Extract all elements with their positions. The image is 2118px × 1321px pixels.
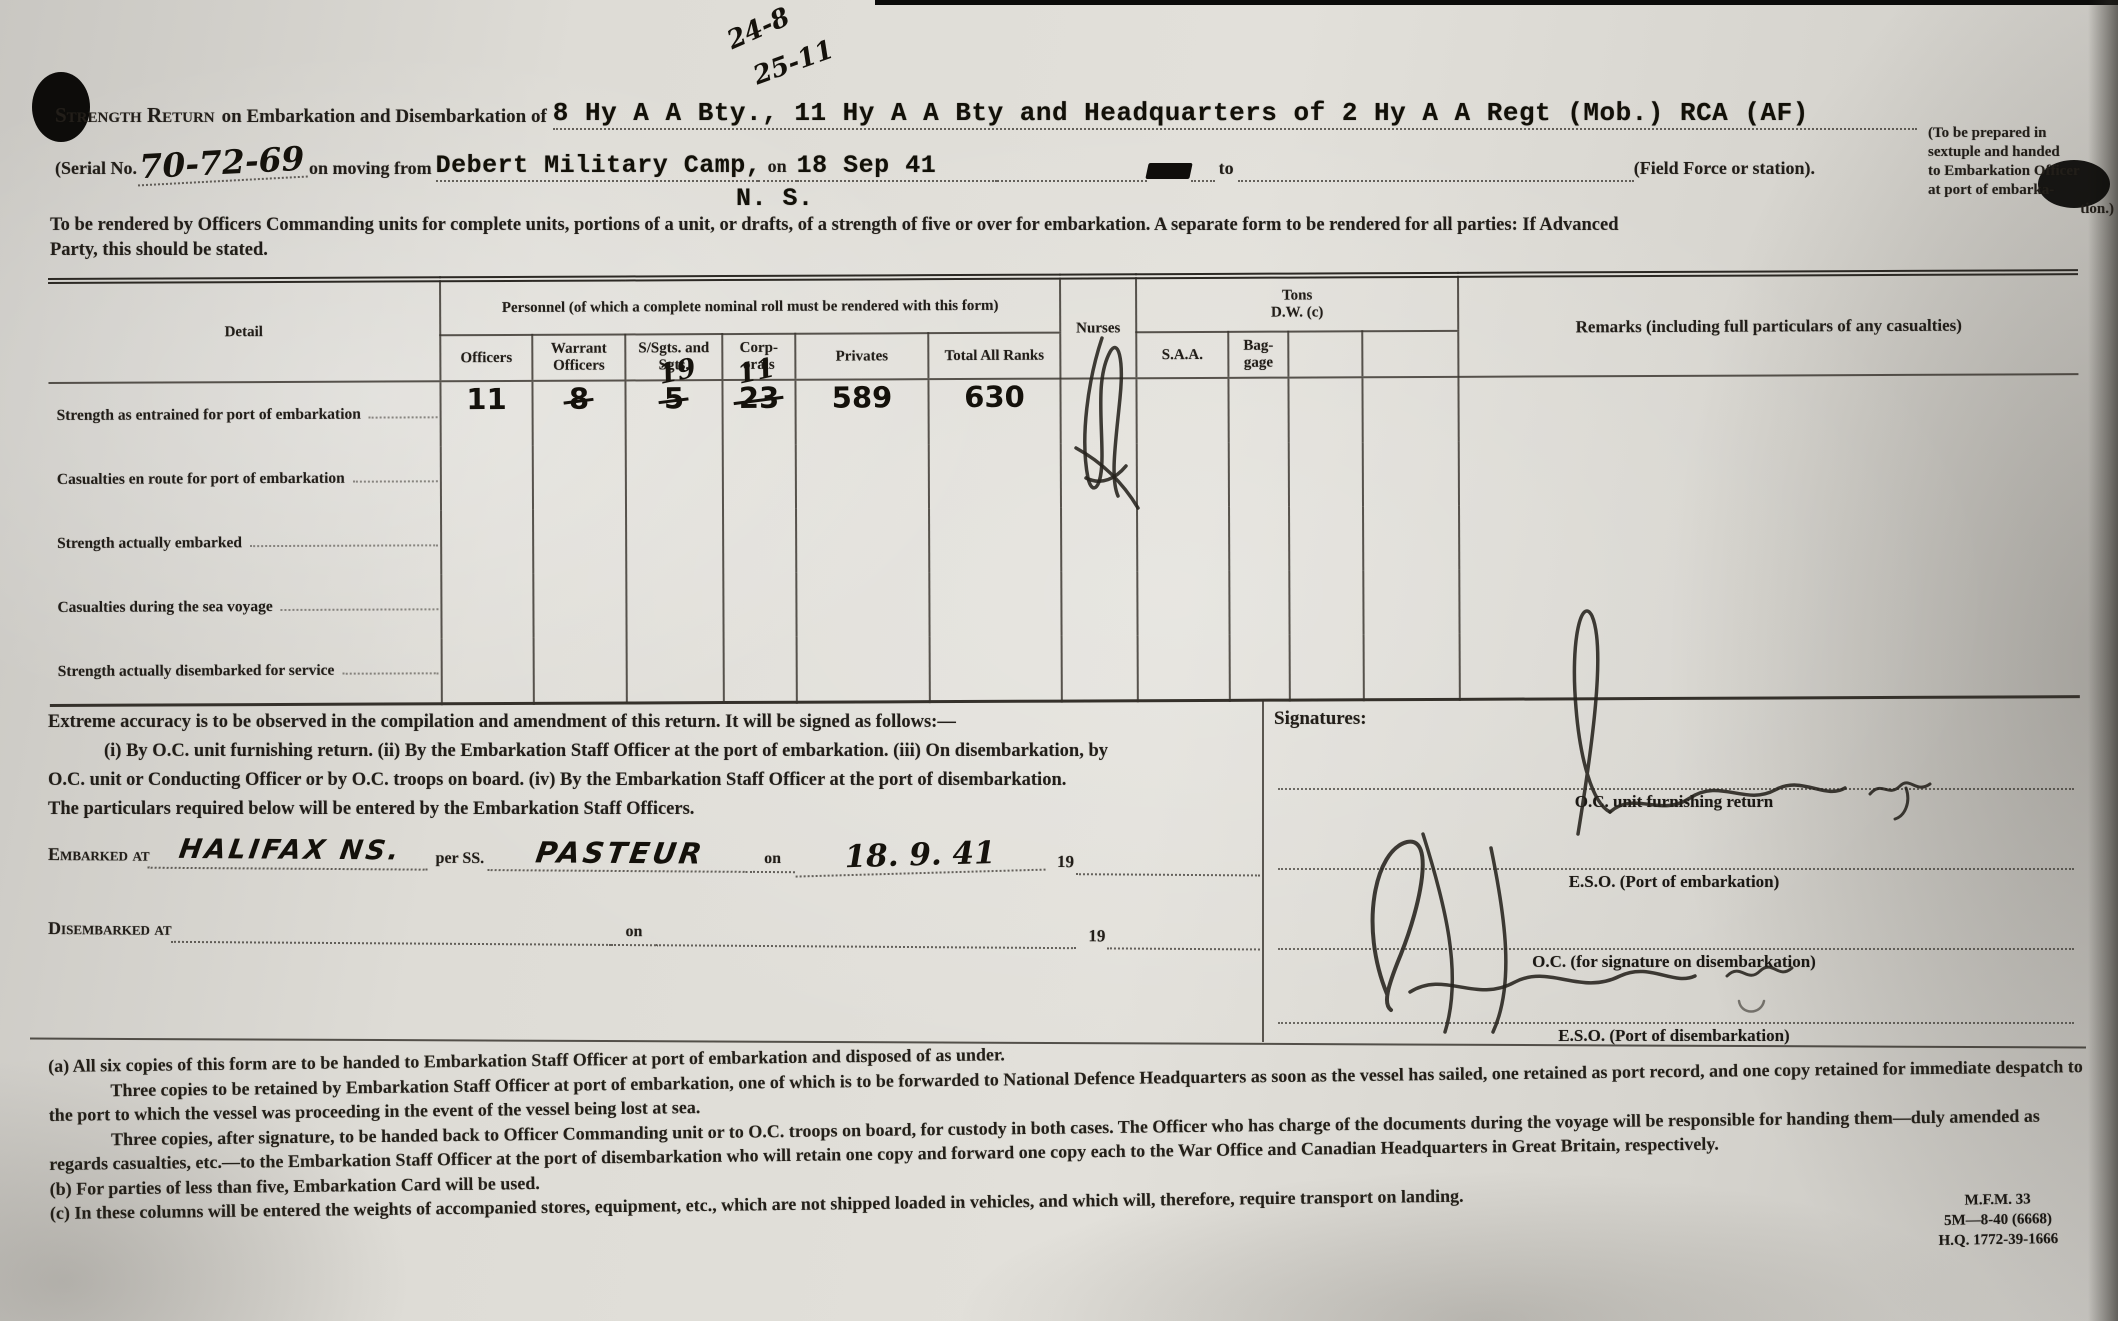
- corporals-cell: [723, 573, 796, 637]
- sgts-cell: [626, 573, 723, 637]
- privates-cell: [796, 508, 929, 573]
- sgts-cell: 5 19: [625, 380, 722, 445]
- sgts-cell: [626, 509, 723, 573]
- render-instructions: To be rendered by Officers Commanding un…: [50, 213, 1850, 263]
- total-cell: [929, 572, 1061, 637]
- col-officers: Officers: [440, 335, 532, 381]
- nurses-cell: [1061, 507, 1137, 571]
- saa-cell: [1137, 571, 1229, 635]
- year-prefix-embarked: 19: [1045, 852, 1076, 875]
- col-saa: S.A.A.: [1136, 332, 1228, 378]
- year-prefix-disembarked: 19: [1076, 926, 1107, 949]
- accuracy-line4: The particulars required below will be e…: [48, 795, 1258, 824]
- prepare-note-line: tion.): [1928, 200, 2114, 219]
- field-force-label: (Field Force or station).: [1634, 158, 1815, 182]
- privates-cell: [797, 636, 930, 702]
- baggage-cell: [1229, 571, 1289, 635]
- disembarked-line: Disembarked at on 19: [48, 918, 1260, 950]
- scanned-form-page: 24-8 25-11 Strength Return on Embarkatio…: [0, 0, 2118, 1321]
- prepare-note-line: at port of embarka-: [1928, 181, 2114, 200]
- embarked-at-label: Embarked at: [48, 844, 150, 869]
- baggage-cell: [1228, 378, 1288, 443]
- form-title-smallcaps: Strength Return: [55, 103, 215, 130]
- dotted-rule: [1238, 168, 1634, 182]
- col-tons-blank-2: [1362, 331, 1458, 377]
- baggage-cell: [1229, 507, 1289, 571]
- prepare-note: (To be prepared in sextuple and handed t…: [1928, 124, 2114, 219]
- officers-cell: [441, 446, 533, 510]
- row-label: Strength actually embarked: [57, 534, 242, 553]
- to-label: to: [1215, 158, 1238, 182]
- saa-cell: [1137, 443, 1229, 507]
- col-privates: Privates: [795, 333, 928, 380]
- on-label-embarked: on: [750, 850, 795, 873]
- tons-cell-3: [1289, 506, 1363, 570]
- row-label-cell: Casualties during the sea voyage: [49, 574, 441, 640]
- warrant-officers-cell: [534, 637, 627, 703]
- accuracy-line1: Extreme accuracy is to be observed in th…: [48, 708, 1258, 737]
- header-personnel: Personnel (of which a complete nominal r…: [440, 277, 1060, 336]
- officers-cell: [441, 510, 533, 574]
- move-date-value: 18 Sep 41: [797, 151, 997, 182]
- render-instructions-line1: To be rendered by Officers Commanding un…: [50, 213, 1850, 238]
- form-ref-hq: H.Q. 1772-39-1666: [1888, 1228, 2108, 1252]
- officers-value: 11: [466, 382, 507, 416]
- on-label: on: [758, 156, 797, 182]
- corporals-cell: [724, 637, 797, 703]
- tons-cell-3: [1288, 377, 1362, 442]
- row-label-cell: Strength as entrained for port of embark…: [48, 381, 440, 448]
- baggage-cell: [1229, 443, 1289, 507]
- header-tons: Tons D.W. (c): [1136, 275, 1458, 332]
- serial-label: (Serial No.: [55, 158, 137, 182]
- row-label: Casualties en route for port of embarkat…: [57, 470, 345, 489]
- privates-value: 589: [832, 380, 893, 414]
- dotted-rule: [656, 932, 1076, 949]
- on-label-disembarked: on: [611, 923, 656, 946]
- row-label-cell: Strength actually disembarked for servic…: [50, 638, 442, 705]
- dotted-rule: [1107, 935, 1260, 950]
- serial-number-value: 70-72-69: [136, 142, 308, 187]
- officers-cell: 11: [440, 381, 532, 446]
- moving-from-value: Debert Military Camp,: [436, 151, 758, 182]
- moving-from-value-line2: N. S.: [736, 184, 814, 213]
- moving-from-label: on moving from: [307, 158, 436, 182]
- sgts-cell: [626, 445, 723, 509]
- saa-cell: [1137, 507, 1229, 571]
- col-total-all-ranks: Total All Ranks: [928, 333, 1060, 380]
- nurses-cell: [1062, 635, 1138, 701]
- dotted-leader: [353, 480, 438, 482]
- accuracy-instructions: Extreme accuracy is to be observed in th…: [48, 708, 1258, 824]
- col-tons-blank-1: [1288, 331, 1362, 377]
- corporals-cell: [723, 445, 796, 509]
- footnotes: (a) All six copies of this form are to b…: [48, 1029, 2090, 1225]
- tons-cell-4: [1363, 442, 1459, 506]
- remarks-cell: [1459, 503, 2079, 570]
- nurses-cell: [1061, 571, 1137, 635]
- col-baggage: Bag- gage: [1228, 332, 1288, 378]
- warrant-officers-cell: [533, 573, 626, 637]
- row-label-cell: Casualties en route for port of embarkat…: [49, 446, 441, 512]
- prepare-note-line: (To be prepared in: [1928, 124, 2114, 143]
- scan-edge-top: [875, 0, 2118, 5]
- sgts-value-corrected: 19: [656, 353, 699, 391]
- disembarked-at-label: Disembarked at: [48, 918, 172, 943]
- corporals-cell: 23 11: [722, 380, 795, 445]
- col-warrant-officers: Warrant Officers: [532, 334, 625, 380]
- remarks-cell: [1459, 374, 2079, 442]
- tons-cell-3: [1289, 442, 1363, 506]
- dotted-leader: [342, 672, 438, 674]
- dotted-rule: [171, 929, 611, 946]
- warrant-officers-value-struck: 8: [569, 382, 589, 416]
- tons-header-line2: D.W. (c): [1137, 304, 1457, 322]
- form-reference-numbers: M.F.M. 33 5M—8-40 (6668) H.Q. 1772-39-16…: [1887, 1188, 2108, 1252]
- total-cell: 630: [928, 379, 1060, 445]
- baggage-cell: [1230, 635, 1290, 701]
- tons-cell-4: [1363, 506, 1459, 570]
- ship-name-value: PASTEUR: [488, 835, 753, 873]
- pencil-check-mark: [1736, 998, 1768, 1022]
- form-title-label: on Embarkation and Disembarkation of: [215, 106, 553, 130]
- tons-header-line1: Tons: [1137, 287, 1457, 305]
- total-value: 630: [964, 380, 1025, 414]
- row-label: Strength actually disembarked for servic…: [58, 662, 335, 681]
- total-cell: [929, 444, 1061, 509]
- sgts-cell: [627, 637, 724, 703]
- nurses-column-scrawl: [1058, 332, 1150, 516]
- embark-date-value: 18. 9. 41: [795, 835, 1046, 878]
- dotted-rule: [997, 168, 1147, 182]
- dotted-leader: [369, 416, 438, 418]
- handwritten-date-1: 24-8: [723, 2, 795, 56]
- header-remarks: Remarks (including full particulars of a…: [1458, 272, 2078, 377]
- total-cell: [930, 636, 1062, 702]
- total-cell: [929, 508, 1061, 573]
- corporals-cell: [723, 509, 796, 573]
- row-label-cell: Strength actually embarked: [49, 510, 441, 576]
- warrant-officers-cell: [533, 509, 626, 573]
- saa-cell: [1136, 378, 1228, 443]
- officers-cell: [442, 638, 534, 704]
- row-label: Casualties during the sea voyage: [57, 598, 272, 617]
- per-ss-label: per SS.: [429, 850, 490, 871]
- accuracy-line3: O.C. unit or Conducting Officer or by O.…: [48, 766, 1258, 795]
- warrant-officers-cell: 8: [532, 380, 625, 445]
- serial-line: (Serial No. 70-72-69 on moving from Debe…: [55, 146, 1815, 182]
- remarks-cell: [1459, 439, 2079, 506]
- tons-cell-4: [1362, 377, 1458, 442]
- dotted-leader: [250, 544, 438, 547]
- render-instructions-line2: Party, this should be stated.: [50, 238, 1850, 263]
- dotted-rule: [1191, 168, 1215, 182]
- saa-cell: [1138, 635, 1230, 701]
- accuracy-line2: (i) By O.C. unit furnishing return. (ii)…: [48, 737, 1258, 766]
- warrant-officers-cell: [533, 445, 626, 509]
- redaction-mark: [1145, 163, 1192, 179]
- form-title-line: Strength Return on Embarkation and Disem…: [55, 98, 1917, 130]
- privates-cell: 589: [795, 379, 928, 445]
- dotted-rule: [1076, 861, 1260, 876]
- privates-cell: [796, 444, 929, 509]
- embarked-line: Embarked at HALIFAX NS. per SS. PASTEUR …: [48, 832, 1260, 876]
- prepare-note-line: sextuple and handed: [1928, 143, 2114, 162]
- prepare-note-line: to Embarkation Officer: [1928, 162, 2114, 181]
- privates-cell: [796, 572, 929, 637]
- unit-designation-value: 8 Hy A A Bty., 11 Hy A A Bty and Headqua…: [553, 98, 1917, 130]
- officers-cell: [441, 574, 533, 638]
- embarked-port-value: HALIFAX NS.: [147, 833, 432, 871]
- row-label: Strength as entrained for port of embark…: [57, 406, 361, 425]
- header-detail: Detail: [48, 279, 440, 383]
- dotted-leader: [281, 608, 439, 611]
- signature-scrawl-oc-unit: [1330, 598, 1970, 838]
